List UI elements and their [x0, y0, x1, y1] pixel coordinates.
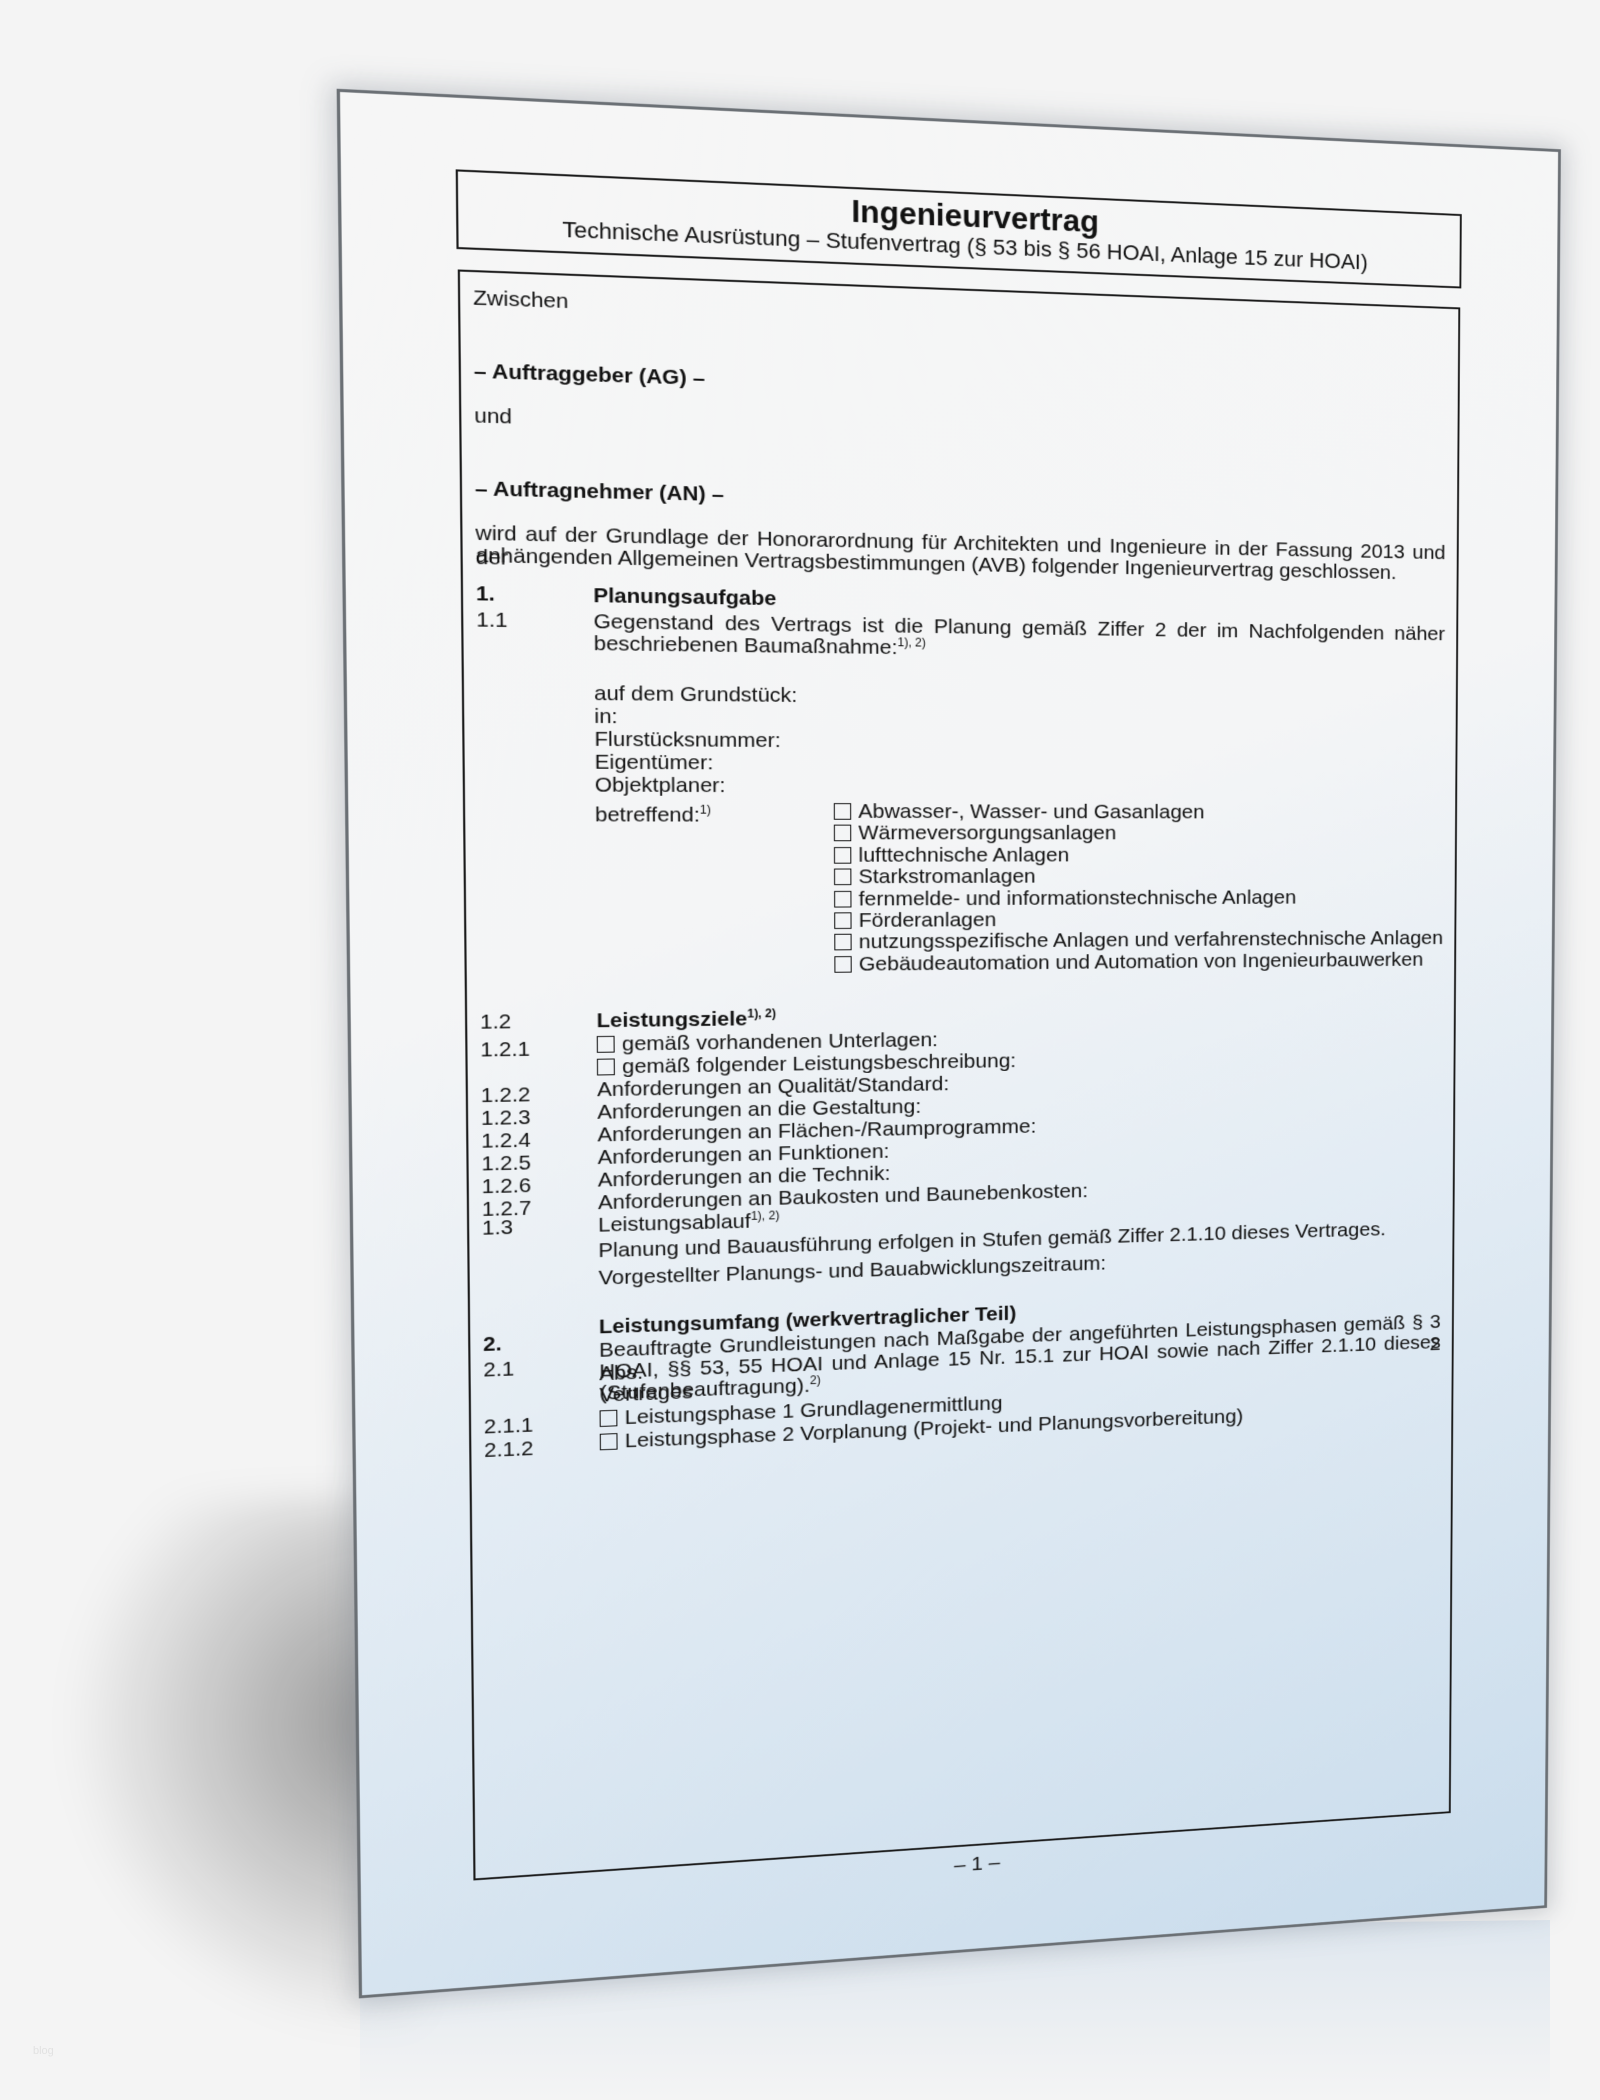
intro-and: und [474, 404, 512, 429]
section-1-number: 1. [476, 582, 495, 606]
phase-checkbox[interactable] [600, 1433, 618, 1450]
system-option: Förderanlagen [834, 909, 996, 933]
system-option-label: Abwasser-, Wasser- und Gasanlagen [858, 800, 1204, 823]
title-box: Ingenieurvertrag Technische Ausrüstung –… [456, 169, 1462, 288]
system-option: lufttechnische Anlagen [834, 844, 1069, 867]
phase-checkbox[interactable] [600, 1410, 618, 1427]
phase-number: 2.1.1 [484, 1414, 534, 1439]
system-option-label: Gebäudeautomation und Automation von Ing… [859, 949, 1424, 976]
system-option: Abwasser-, Wasser- und Gasanlagen [834, 800, 1205, 824]
footnote-ref: 2) [810, 1373, 821, 1387]
system-option: fernmelde- und informationstechnische An… [834, 886, 1296, 911]
party-client: – Auftraggeber (AG) – [474, 360, 705, 391]
goal-number: 1.2.3 [481, 1106, 531, 1131]
system-option-checkbox[interactable] [834, 891, 851, 908]
system-option-label: Wärmeversorgungsanlagen [858, 822, 1116, 844]
clause-1-1-line-2: beschriebenen Baumaßnahme:1), 2) [594, 632, 926, 660]
contract-body: Zwischen – Auftraggeber (AG) – und – Auf… [458, 269, 1460, 1880]
clause-1-2-number: 1.2 [480, 1010, 511, 1034]
phase-number: 2.1.2 [484, 1437, 534, 1462]
property-field-label: auf dem Grundstück: [594, 682, 797, 708]
system-option-label: Starkstromanlagen [858, 865, 1035, 888]
goal-number: 1.2.5 [481, 1152, 531, 1177]
concerning-text: betreffend: [595, 804, 700, 827]
clause-2-1-number: 2.1 [483, 1358, 514, 1383]
system-option-checkbox[interactable] [834, 803, 851, 820]
document-page: Ingenieurvertrag Technische Ausrüstung –… [340, 92, 1558, 1995]
goal-checkbox[interactable] [597, 1036, 615, 1053]
goal-number: 1.2.2 [481, 1083, 531, 1108]
clause-1-1-text: beschriebenen Baumaßnahme: [594, 632, 898, 659]
system-option: Starkstromanlagen [834, 865, 1036, 889]
section-2-number: 2. [483, 1333, 502, 1357]
footnote-ref: 1), 2) [897, 635, 925, 649]
footnote-ref: 1) [700, 803, 711, 817]
footnote-ref: 1), 2) [747, 1006, 776, 1020]
system-option: Wärmeversorgungsanlagen [834, 822, 1116, 845]
system-option-checkbox[interactable] [834, 825, 851, 842]
concerning-label: betreffend:1) [595, 804, 711, 828]
goal-label: gemäß folgender Leistungsbeschreibung: [622, 1050, 1016, 1078]
goal-number: 1.2.6 [481, 1174, 531, 1199]
clause-1-2-heading: Leistungsziele1), 2) [597, 1007, 777, 1033]
property-field-label: Objektplaner: [595, 774, 726, 798]
system-option: Gebäudeautomation und Automation von Ing… [834, 949, 1423, 977]
goal-number: 1.2.4 [481, 1129, 531, 1154]
goal-checkbox[interactable] [597, 1058, 615, 1075]
system-option-label: lufttechnische Anlagen [858, 844, 1069, 866]
system-option-checkbox[interactable] [834, 956, 851, 973]
party-contractor: – Auftragnehmer (AN) – [475, 477, 724, 507]
property-field-label: in: [594, 705, 618, 729]
system-option-checkbox[interactable] [834, 912, 851, 929]
goal-number: 1.2.7 [482, 1197, 532, 1222]
intro-between: Zwischen [473, 286, 568, 314]
watermark: blog [33, 2045, 54, 2057]
system-option-checkbox[interactable] [834, 847, 851, 864]
property-field-label: Eigentümer: [595, 751, 714, 775]
section-1-heading: Planungsaufgabe [593, 584, 776, 611]
property-field-label: Flurstücksnummer: [594, 728, 780, 753]
system-option-checkbox[interactable] [834, 869, 851, 886]
system-option-label: Förderanlagen [859, 909, 997, 932]
clause-1-2-heading-text: Leistungsziele [597, 1008, 748, 1032]
clause-1-1-number: 1.1 [476, 608, 508, 633]
system-option-checkbox[interactable] [834, 934, 851, 951]
goal-number: 1.2.1 [480, 1038, 530, 1062]
system-option-label: fernmelde- und informationstechnische An… [859, 886, 1297, 910]
